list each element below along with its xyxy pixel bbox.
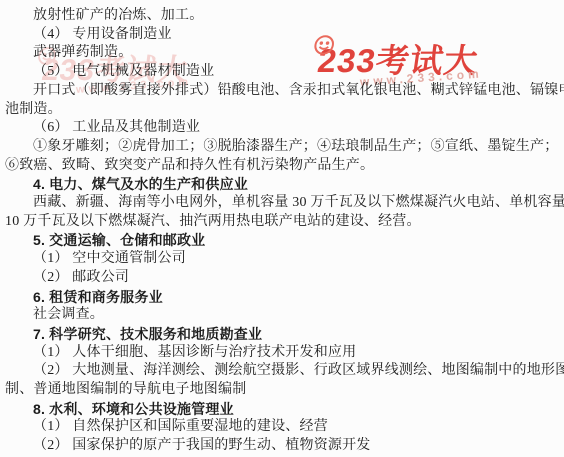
text-line: （1） 自然保护区和国际重要湿地的建设、经营 bbox=[5, 418, 564, 437]
section-heading: 4. 电力、煤气及水的生产和供应业 bbox=[5, 175, 564, 194]
text-line: 池制造。 bbox=[5, 101, 564, 120]
text-line: 10 万千瓦及以下燃煤凝汽、抽汽两用热电联产电站的建设、经营。 bbox=[5, 213, 564, 232]
section-heading: 7. 科学研究、技术服务和地质勘查业 bbox=[5, 325, 564, 344]
text-line: （6） 工业品及其他制造业 bbox=[5, 119, 564, 138]
text-line: 西藏、新疆、海南等小电网外，单机容量 30 万千瓦及以下燃煤凝汽火电站、单机容量 bbox=[5, 194, 564, 213]
text-line: 社会调查。 bbox=[5, 306, 564, 325]
text-line: （5） 电气机械及器材制造业 bbox=[5, 63, 564, 82]
text-line: 开口式（即酸雾直接外排式）铅酸电池、含汞扣式氧化银电池、糊式锌锰电池、镉镍电 bbox=[5, 82, 564, 101]
section-heading: 5. 交通运输、仓储和邮政业 bbox=[5, 231, 564, 250]
text-line: 放射性矿产的冶炼、加工。 bbox=[5, 7, 564, 26]
text-line: （1） 人体干细胞、基因诊断与治疗技术开发和应用 bbox=[5, 344, 564, 363]
text-line: （1） 空中交通管制公司 bbox=[5, 250, 564, 269]
text-line: （2） 国家保护的原产于我国的野生动、植物资源开发 bbox=[5, 437, 564, 456]
text-line: （2） 邮政公司 bbox=[5, 269, 564, 288]
section-heading: 6. 租赁和商务服务业 bbox=[5, 288, 564, 307]
text-line: 制、普通地图编制的导航电子地图编制 bbox=[5, 381, 564, 400]
text-line: （4） 专用设备制造业 bbox=[5, 26, 564, 45]
scanned-document-page: 233考试大 www.233.com 233考试大 www.233.com 放射… bbox=[0, 0, 564, 457]
text-line: ⑥致癌、致畸、致突变产品和持久性有机污染物产品生产。 bbox=[5, 157, 564, 176]
text-line: 武器弹药制造。 bbox=[5, 44, 564, 63]
text-line: ①象牙雕刻；②虎骨加工；③脱胎漆器生产；④珐琅制品生产；⑤宣纸、墨锭生产； bbox=[5, 138, 564, 157]
text-line: （2） 大地测量、海洋测绘、测绘航空摄影、行政区域界线测绘、地图编制中的地形图编 bbox=[5, 362, 564, 381]
document-text: 放射性矿产的冶炼、加工。 （4） 专用设备制造业 武器弹药制造。 （5） 电气机… bbox=[5, 7, 564, 456]
section-heading: 8. 水利、环境和公共设施管理业 bbox=[5, 400, 564, 419]
